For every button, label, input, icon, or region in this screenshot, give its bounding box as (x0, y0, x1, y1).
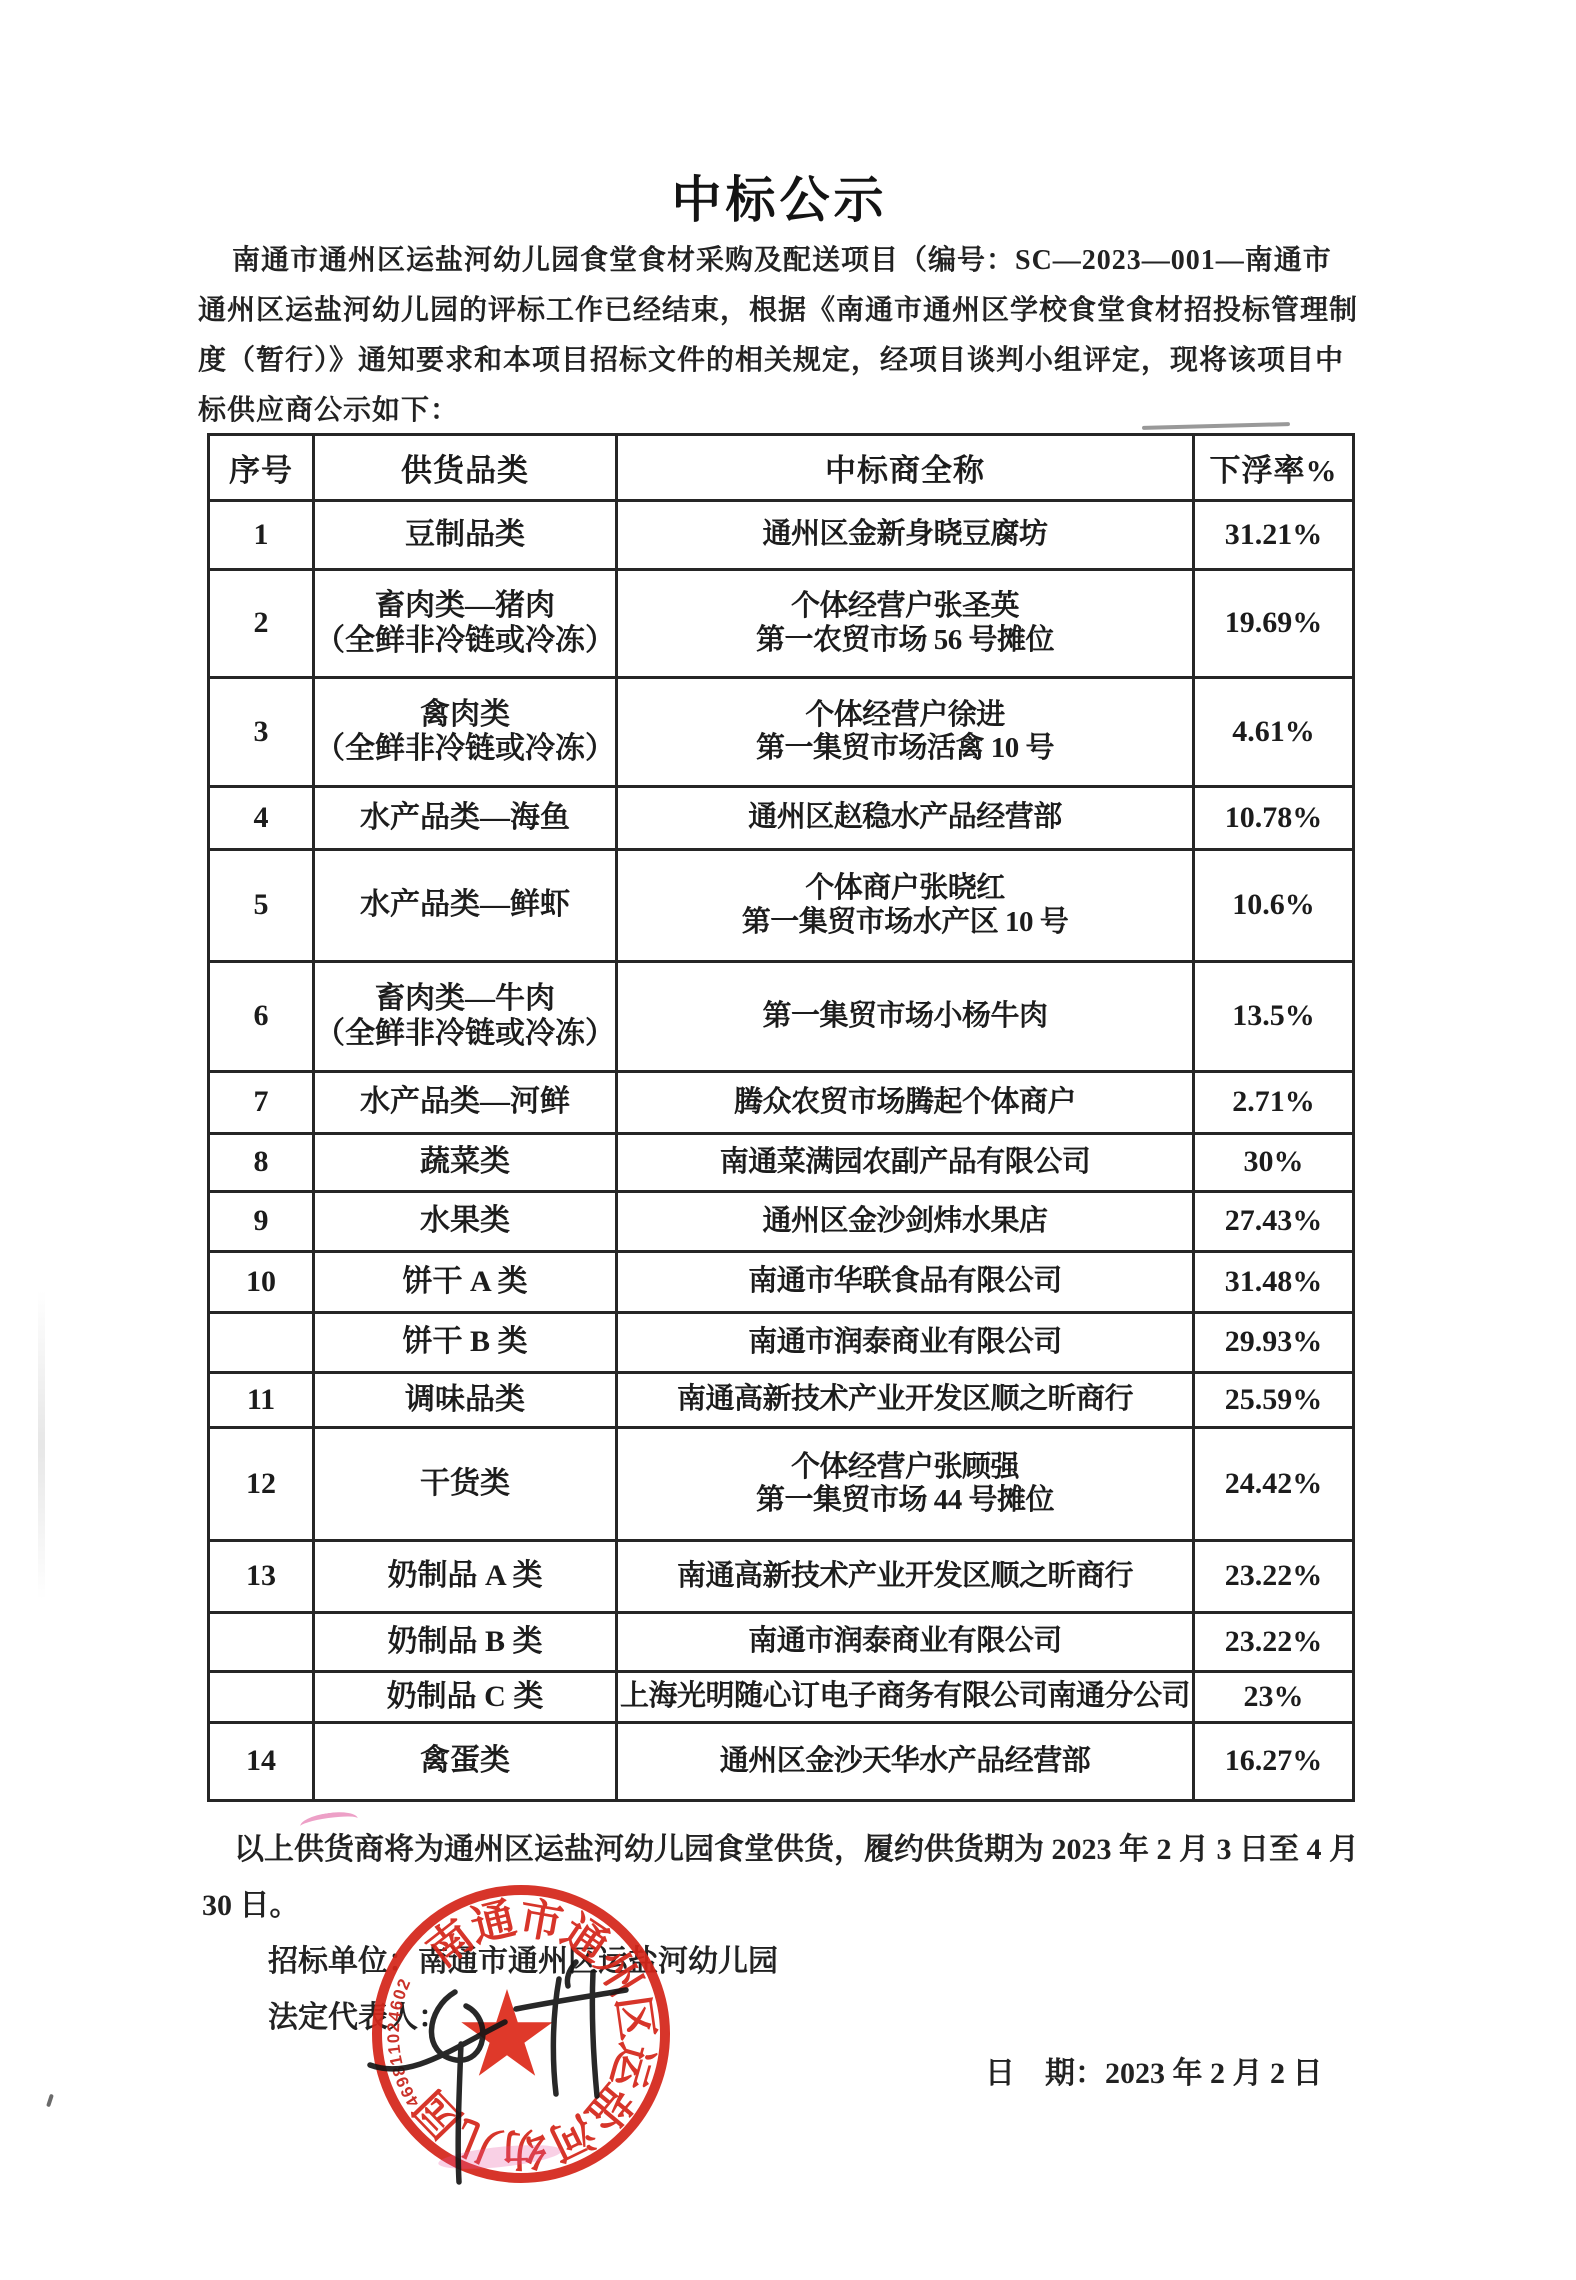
category-cell: 调味品类 (314, 1373, 617, 1428)
seq-cell: 6 (209, 962, 314, 1072)
seq-cell: 10 (209, 1252, 314, 1313)
category-cell: 奶制品 C 类 (314, 1672, 617, 1723)
category-cell: 豆制品类 (314, 501, 617, 570)
seq-cell (209, 1672, 314, 1723)
table-row: 4水产品类—海鱼通州区赵稳水产品经营部10.78% (209, 787, 1354, 850)
table-row: 11调味品类南通高新技术产业开发区顺之昕商行25.59% (209, 1373, 1354, 1428)
table-row: 10饼干 A 类南通市华联食品有限公司31.48% (209, 1252, 1354, 1313)
rate-cell: 4.61% (1194, 678, 1354, 787)
header-seq: 序号 (209, 435, 314, 501)
intro-paragraph: 南通市通州区运盐河幼儿园食堂食材采购及配送项目（编号：SC—2023—001—南… (198, 236, 1364, 436)
supplier-cell: 南通菜满园农副产品有限公司 (617, 1134, 1194, 1192)
table-row: 5水产品类—鲜虾个体商户张晓红第一集贸市场水产区 10 号10.6% (209, 850, 1354, 962)
rate-cell: 31.21% (1194, 501, 1354, 570)
category-cell: 禽蛋类 (314, 1723, 617, 1801)
rate-cell: 29.93% (1194, 1313, 1354, 1373)
rate-cell: 19.69% (1194, 570, 1354, 678)
rate-cell: 23.22% (1194, 1613, 1354, 1672)
intro-line-1: 南通市通州区运盐河幼儿园食堂食材采购及配送项目（编号：SC—2023—001—南… (198, 236, 1364, 286)
header-category: 供货品类 (314, 435, 617, 501)
supplier-cell: 通州区金沙剑炜水果店 (617, 1192, 1194, 1252)
table-row: 奶制品 C 类上海光明随心订电子商务有限公司南通分公司23% (209, 1672, 1354, 1723)
table-row: 6畜肉类—牛肉（全鲜非冷链或冷冻）第一集贸市场小杨牛肉13.5% (209, 962, 1354, 1072)
supplier-cell: 南通市润泰商业有限公司 (617, 1613, 1194, 1672)
table-header-row: 序号 供货品类 中标商全称 下浮率% (209, 435, 1354, 501)
supplier-cell: 个体经营户张顾强第一集贸市场 44 号摊位 (617, 1428, 1194, 1541)
svg-text:0: 0 (384, 2033, 403, 2043)
table-row: 12干货类个体经营户张顾强第一集贸市场 44 号摊位24.42% (209, 1428, 1354, 1541)
table-row: 14禽蛋类通州区金沙天华水产品经营部16.27% (209, 1723, 1354, 1801)
category-cell: 水产品类—海鱼 (314, 787, 617, 850)
seq-cell (209, 1613, 314, 1672)
category-cell: 水产品类—鲜虾 (314, 850, 617, 962)
supplier-cell: 南通高新技术产业开发区顺之昕商行 (617, 1541, 1194, 1613)
scan-edge-tick (46, 2094, 54, 2108)
table-row: 13奶制品 A 类南通高新技术产业开发区顺之昕商行23.22% (209, 1541, 1354, 1613)
category-cell: 蔬菜类 (314, 1134, 617, 1192)
document-page: 中标公示 南通市通州区运盐河幼儿园食堂食材采购及配送项目（编号：SC—2023—… (0, 0, 1576, 2280)
seq-cell: 1 (209, 501, 314, 570)
rate-cell: 10.6% (1194, 850, 1354, 962)
supplier-cell: 个体经营户徐进第一集贸市场活禽 10 号 (617, 678, 1194, 787)
supplier-cell: 个体商户张晓红第一集贸市场水产区 10 号 (617, 850, 1194, 962)
footer-supply-line-1: 以上供货商将为通州区运盐河幼儿园食堂供货，履约供货期为 2023 年 2 月 3… (234, 1824, 1359, 1868)
rate-cell: 24.42% (1194, 1428, 1354, 1541)
table-row: 9水果类通州区金沙剑炜水果店27.43% (209, 1192, 1354, 1252)
award-table-body: 1豆制品类通州区金新身晓豆腐坊31.21%2畜肉类—猪肉（全鲜非冷链或冷冻）个体… (209, 501, 1354, 1801)
supplier-cell: 南通市润泰商业有限公司 (617, 1313, 1194, 1373)
rate-cell: 31.48% (1194, 1252, 1354, 1313)
supplier-cell: 腾众农贸市场腾起个体商户 (617, 1072, 1194, 1134)
rate-cell: 10.78% (1194, 787, 1354, 850)
seq-cell: 14 (209, 1723, 314, 1801)
intro-line-3: 度（暂行）》通知要求和本项目招标文件的相关规定，经项目谈判小组评定，现将该项目中 (198, 336, 1364, 386)
supplier-cell: 南通高新技术产业开发区顺之昕商行 (617, 1373, 1194, 1428)
supplier-cell: 南通市华联食品有限公司 (617, 1252, 1194, 1313)
rate-cell: 23.22% (1194, 1541, 1354, 1613)
seq-cell (209, 1313, 314, 1373)
table-row: 7水产品类—河鲜腾众农贸市场腾起个体商户2.71% (209, 1072, 1354, 1134)
category-cell: 畜肉类—牛肉（全鲜非冷链或冷冻） (314, 962, 617, 1072)
rate-cell: 27.43% (1194, 1192, 1354, 1252)
category-cell: 禽肉类（全鲜非冷链或冷冻） (314, 678, 617, 787)
seq-cell: 3 (209, 678, 314, 787)
table-row: 8蔬菜类南通菜满园农副产品有限公司30% (209, 1134, 1354, 1192)
official-stamp: 南通市通州区运盐河幼儿园 206420118964 (351, 1864, 691, 2204)
supplier-cell: 通州区赵稳水产品经营部 (617, 787, 1194, 850)
supplier-cell: 上海光明随心订电子商务有限公司南通分公司 (617, 1672, 1194, 1723)
svg-text:2: 2 (384, 2022, 403, 2032)
date-line: 日 期：2023 年 2 月 2 日 (985, 2048, 1323, 2092)
supplier-cell: 第一集贸市场小杨牛肉 (617, 962, 1194, 1072)
seq-cell: 12 (209, 1428, 314, 1541)
seq-cell: 7 (209, 1072, 314, 1134)
header-rate: 下浮率% (1194, 435, 1354, 501)
category-cell: 水果类 (314, 1192, 617, 1252)
category-cell: 水产品类—河鲜 (314, 1072, 617, 1134)
rate-cell: 30% (1194, 1134, 1354, 1192)
seq-cell: 13 (209, 1541, 314, 1613)
category-cell: 饼干 A 类 (314, 1252, 617, 1313)
category-cell: 干货类 (314, 1428, 617, 1541)
table-row: 饼干 B 类南通市润泰商业有限公司29.93% (209, 1313, 1354, 1373)
supplier-cell: 通州区金新身晓豆腐坊 (617, 501, 1194, 570)
category-cell: 畜肉类—猪肉（全鲜非冷链或冷冻） (314, 570, 617, 678)
svg-text:区: 区 (607, 1993, 662, 2043)
seq-cell: 8 (209, 1134, 314, 1192)
category-cell: 奶制品 A 类 (314, 1541, 617, 1613)
page-title: 中标公示 (207, 160, 1352, 232)
seq-cell: 5 (209, 850, 314, 962)
rate-cell: 25.59% (1194, 1373, 1354, 1428)
seq-cell: 11 (209, 1373, 314, 1428)
seq-cell: 4 (209, 787, 314, 850)
rate-cell: 16.27% (1194, 1723, 1354, 1801)
table-row: 奶制品 B 类南通市润泰商业有限公司23.22% (209, 1613, 1354, 1672)
award-table: 序号 供货品类 中标商全称 下浮率% 1豆制品类通州区金新身晓豆腐坊31.21%… (207, 433, 1355, 1802)
scan-edge-streak (38, 1290, 45, 1600)
category-cell: 饼干 B 类 (314, 1313, 617, 1373)
rate-cell: 23% (1194, 1672, 1354, 1723)
table-row: 2畜肉类—猪肉（全鲜非冷链或冷冻）个体经营户张圣英第一农贸市场 56 号摊位19… (209, 570, 1354, 678)
rate-cell: 2.71% (1194, 1072, 1354, 1134)
svg-text:1: 1 (384, 2044, 404, 2056)
supplier-cell: 个体经营户张圣英第一农贸市场 56 号摊位 (617, 570, 1194, 678)
seq-cell: 9 (209, 1192, 314, 1252)
category-cell: 奶制品 B 类 (314, 1613, 617, 1672)
table-row: 3禽肉类（全鲜非冷链或冷冻）个体经营户徐进第一集贸市场活禽 10 号4.61% (209, 678, 1354, 787)
footer-supply-line-2: 30 日。 (202, 1880, 300, 1924)
seq-cell: 2 (209, 570, 314, 678)
rate-cell: 13.5% (1194, 962, 1354, 1072)
header-supplier: 中标商全称 (617, 435, 1194, 501)
table-row: 1豆制品类通州区金新身晓豆腐坊31.21% (209, 501, 1354, 570)
intro-line-2: 通州区运盐河幼儿园的评标工作已经结束，根据《南通市通州区学校食堂食材招投标管理制 (198, 286, 1364, 336)
supplier-cell: 通州区金沙天华水产品经营部 (617, 1723, 1194, 1801)
